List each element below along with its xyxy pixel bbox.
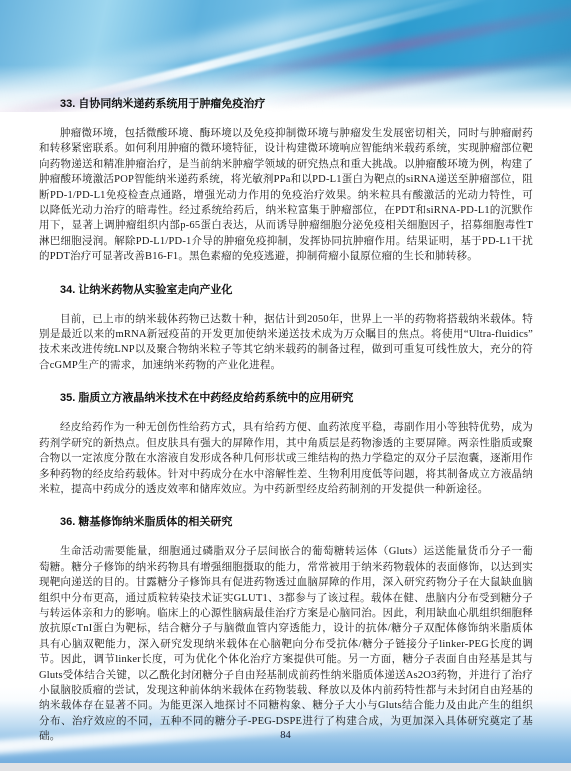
header-light-beam	[0, 0, 493, 112]
page-number: 84	[0, 730, 571, 741]
document-page: 33. 自协同纳米递药系统用于肿瘤免疫治疗 肿瘤微环境，包括微酸环境、酶环境以及…	[0, 0, 571, 771]
section-34-paragraph: 目前，已上市的纳米载体药物已达数十种，据估计到2050年，世界上一半的药物将搭载…	[39, 312, 533, 374]
section-36-heading: 36. 糖基修饰纳米脂质体的相关研究	[39, 515, 533, 530]
header-artwork	[0, 0, 571, 112]
header-soft-beam	[0, 0, 571, 112]
document-content: 33. 自协同纳米递药系统用于肿瘤免疫治疗 肿瘤微环境，包括微酸环境、酶环境以及…	[39, 97, 533, 745]
section-35-heading: 35. 脂质立方液晶纳米技术在中药经皮给药系统中的应用研究	[39, 391, 533, 406]
section-33-paragraph: 肿瘤微环境，包括微酸环境、酶环境以及免疫抑制微环境与肿瘤发生发展密切相关，同时与…	[39, 126, 533, 265]
section-36: 36. 糖基修饰纳米脂质体的相关研究 生命活动需要能量，细胞通过磷脂双分子层间嵌…	[39, 515, 533, 744]
section-33-heading: 33. 自协同纳米递药系统用于肿瘤免疫治疗	[39, 97, 533, 112]
section-35-paragraph: 经皮给药作为一种无创伤性给药方式，具有给药方便、血药浓度平稳，毒副作用小等独特优…	[39, 420, 533, 497]
bottom-gray-bar	[0, 763, 571, 771]
section-33: 33. 自协同纳米递药系统用于肿瘤免疫治疗 肿瘤微环境，包括微酸环境、酶环境以及…	[39, 97, 533, 265]
header-purple-streak	[214, 0, 571, 87]
section-35: 35. 脂质立方液晶纳米技术在中药经皮给药系统中的应用研究 经皮给药作为一种无创…	[39, 391, 533, 497]
section-36-paragraph: 生命活动需要能量，细胞通过磷脂双分子层间嵌合的葡萄糖转运体（Gluts）运送能量…	[39, 544, 533, 744]
section-34-heading: 34. 让纳米药物从实验室走向产业化	[39, 283, 533, 298]
section-34: 34. 让纳米药物从实验室走向产业化 目前，已上市的纳米载体药物已达数十种，据估…	[39, 283, 533, 374]
